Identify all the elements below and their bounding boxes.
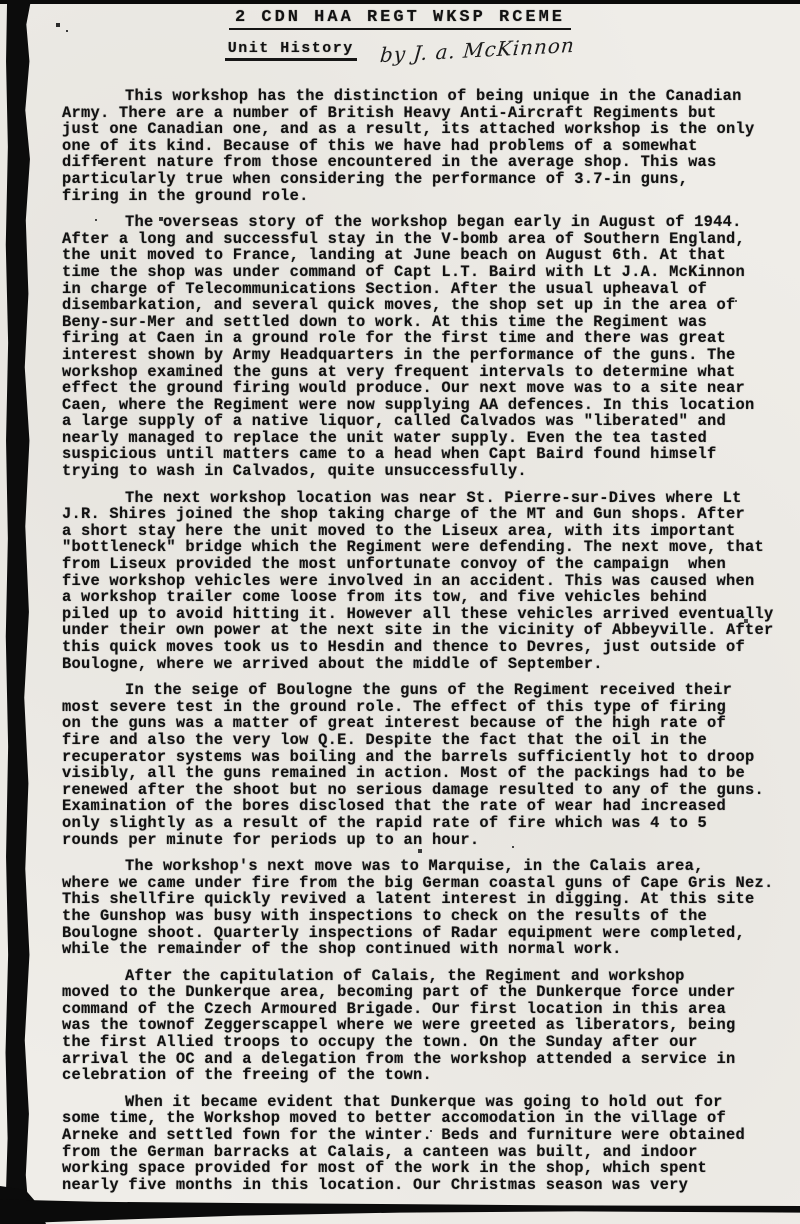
- text-line: firing in the ground role.: [62, 188, 774, 205]
- text-line: When it became evident that Dunkerque wa…: [62, 1094, 774, 1111]
- text-line: in charge of Telecommunications Section.…: [62, 281, 774, 298]
- text-line: rounds per minute for periods up to an h…: [62, 832, 774, 849]
- text-line: Boulogne, where we arrived about the mid…: [62, 656, 774, 673]
- text-line: Examination of the bores disclosed that …: [62, 798, 774, 815]
- paragraph: The next workshop location was near St. …: [62, 490, 774, 673]
- text-line: where we came under fire from the big Ge…: [62, 875, 774, 892]
- document-body: This workshop has the distinction of bei…: [62, 88, 774, 1203]
- paragraph: After the capitulation of Calais, the Re…: [62, 968, 774, 1084]
- paragraph: The workshop's next move was to Marquise…: [62, 858, 774, 958]
- scan-edge-left-bar: [5, 0, 31, 1224]
- text-line: Caen, where the Regiment were now supply…: [62, 397, 774, 414]
- text-line: recuperator systems was boiling and the …: [62, 749, 774, 766]
- text-line: suspicious until matters came to a head …: [62, 446, 774, 463]
- text-line: After a long and successful stay in the …: [62, 231, 774, 248]
- paragraph: In the seige of Boulogne the guns of the…: [62, 682, 774, 848]
- text-line: Boulogne shoot. Quarterly inspections of…: [62, 925, 774, 942]
- text-line: The next workshop location was near St. …: [62, 490, 774, 507]
- text-line: piled up to avoid hitting it. However al…: [62, 606, 774, 623]
- text-line: visibly, all the guns remained in action…: [62, 765, 774, 782]
- text-line: on the guns was a matter of great intere…: [62, 715, 774, 732]
- paragraph: When it became evident that Dunkerque wa…: [62, 1094, 774, 1194]
- scan-edge-top: [0, 0, 800, 4]
- text-line: just one Canadian one, and as a result, …: [62, 121, 774, 138]
- text-line: trying to wash in Calvados, quite unsucc…: [62, 463, 774, 480]
- text-line: a workshop trailer come loose from its t…: [62, 589, 774, 606]
- text-line: moved to the Dunkerque area, becoming pa…: [62, 984, 774, 1001]
- text-line: some time, the Workshop moved to better …: [62, 1110, 774, 1127]
- text-line: effect the ground firing would produce. …: [62, 380, 774, 397]
- text-line: Army. There are a number of British Heav…: [62, 105, 774, 122]
- text-line: command of the Czech Armoured Brigade. O…: [62, 1001, 774, 1018]
- scan-noise-specks: [0, 0, 2, 2]
- text-line: particularly true when considering the p…: [62, 171, 774, 188]
- document-title: 2 CDN HAA REGT WKSP RCEME: [229, 8, 571, 30]
- text-line: In the seige of Boulogne the guns of the…: [62, 682, 774, 699]
- text-line: Beny-sur-Mer and settled down to work. A…: [62, 314, 774, 331]
- text-line: The overseas story of the workshop began…: [62, 214, 774, 231]
- subtitle-row: Unit History by J. a. McKinnon: [0, 38, 800, 62]
- text-line: workshop examined the guns at very frequ…: [62, 364, 774, 381]
- text-line: renewed after the shoot but no serious d…: [62, 782, 774, 799]
- text-line: one of its kind. Because of this we have…: [62, 138, 774, 155]
- text-line: from the German barracks at Calais, a ca…: [62, 1144, 774, 1161]
- text-line: under their own power at the next site i…: [62, 622, 774, 639]
- text-line: only slightly as a result of the rapid r…: [62, 815, 774, 832]
- text-line: the unit moved to France, landing at Jun…: [62, 247, 774, 264]
- text-line: five workshop vehicles were involved in …: [62, 573, 774, 590]
- text-line: fire and also the very low Q.E. Despite …: [62, 732, 774, 749]
- text-line: was the townof Zeggerscappel where we we…: [62, 1017, 774, 1034]
- text-line: time the shop was under command of Capt …: [62, 264, 774, 281]
- paragraph: The overseas story of the workshop began…: [62, 214, 774, 480]
- text-line: This shellfire quickly revived a latent …: [62, 891, 774, 908]
- text-line: the first Allied troops to occupy the to…: [62, 1034, 774, 1051]
- paragraph: This workshop has the distinction of bei…: [62, 88, 774, 204]
- text-line: while the remainder of the shop continue…: [62, 941, 774, 958]
- text-line: a short stay here the unit moved to the …: [62, 523, 774, 540]
- text-line: This workshop has the distinction of bei…: [62, 88, 774, 105]
- text-line: the Gunshop was busy with inspections to…: [62, 908, 774, 925]
- text-line: working space provided for most of the w…: [62, 1160, 774, 1177]
- text-line: J.R. Shires joined the shop taking charg…: [62, 506, 774, 523]
- text-line: firing at Caen in a ground role for the …: [62, 330, 774, 347]
- document-header: 2 CDN HAA REGT WKSP RCEME: [0, 8, 800, 30]
- text-line: nearly managed to replace the unit water…: [62, 430, 774, 447]
- document-subtitle: Unit History: [225, 40, 357, 61]
- text-line: After the capitulation of Calais, the Re…: [62, 968, 774, 985]
- text-line: most severe test in the ground role. The…: [62, 699, 774, 716]
- text-line: Arneke and settled fown for the winter. …: [62, 1127, 774, 1144]
- text-line: interest shown by Army Headquarters in t…: [62, 347, 774, 364]
- byline-handwriting: by J. a. McKinnon: [379, 33, 576, 67]
- text-line: arrival the OC and a delegation from the…: [62, 1051, 774, 1068]
- text-line: nearly five months in this location. Our…: [62, 1177, 774, 1194]
- text-line: this quick moves took us to Hesdin and t…: [62, 639, 774, 656]
- text-line: "bottleneck" bridge which the Regiment w…: [62, 539, 774, 556]
- text-line: celebration of the freeing of the town.: [62, 1067, 774, 1084]
- text-line: disembarkation, and several quick moves,…: [62, 297, 774, 314]
- text-line: a large supply of a native liquor, calle…: [62, 413, 774, 430]
- text-line: from Liseux provided the most unfortunat…: [62, 556, 774, 573]
- text-line: different nature from those encountered …: [62, 154, 774, 171]
- text-line: The workshop's next move was to Marquise…: [62, 858, 774, 875]
